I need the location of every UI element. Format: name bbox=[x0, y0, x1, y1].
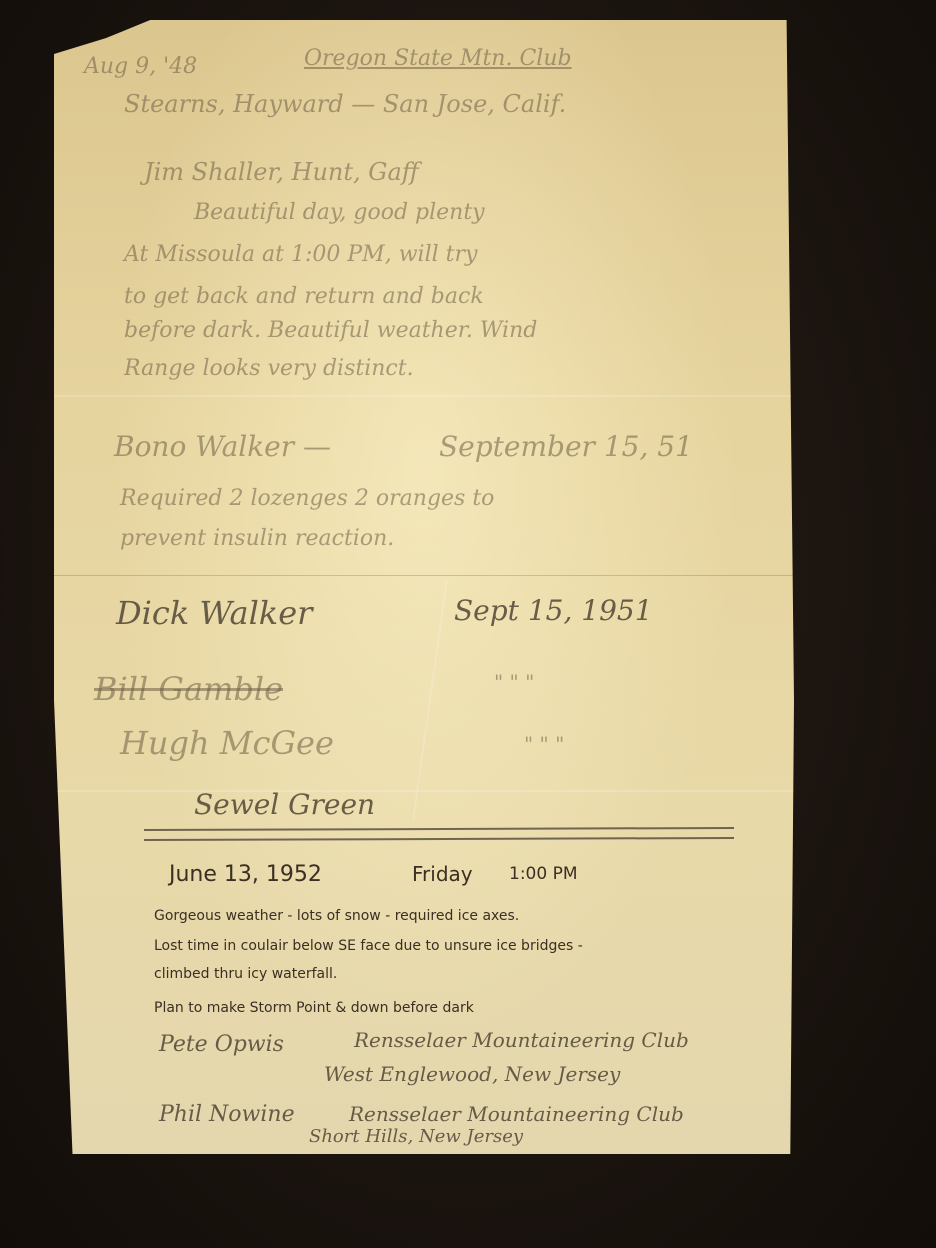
entry4-time: 1:00 PM bbox=[509, 864, 578, 884]
entry3-name: Sewel Green bbox=[194, 788, 375, 821]
entry4-line: Plan to make Storm Point & down before d… bbox=[154, 1000, 474, 1016]
entry2-date: September 15, 51 bbox=[439, 430, 693, 463]
signer-club: Rensselaer Mountaineering Club bbox=[349, 1102, 684, 1126]
entry3-date: Sept 15, 1951 bbox=[454, 594, 653, 627]
entry4-line: Lost time in coulair below SE face due t… bbox=[154, 938, 583, 954]
paper-crease bbox=[412, 581, 447, 819]
signer-town: Short Hills, New Jersey bbox=[309, 1126, 523, 1147]
entry4-day: Friday bbox=[412, 862, 473, 886]
register-paper: Aug 9, '48 Oregon State Mtn. Club Stearn… bbox=[54, 20, 794, 1154]
signer-town: West Englewood, New Jersey bbox=[324, 1062, 620, 1086]
entry3-ditto: " " " bbox=[494, 670, 534, 694]
entry1-line: At Missoula at 1:00 PM, will try bbox=[124, 242, 477, 267]
entry1-line: Jim Shaller, Hunt, Gaff bbox=[144, 158, 419, 186]
entry2-line: Required 2 lozenges 2 oranges to bbox=[120, 486, 494, 511]
signer-name: Pete Opwis bbox=[159, 1032, 284, 1057]
entry1-line: before dark. Beautiful weather. Wind bbox=[124, 318, 537, 343]
paper-fold bbox=[54, 790, 794, 792]
entry2-line: prevent insulin reaction. bbox=[120, 526, 394, 551]
entry1-line: Range looks very distinct. bbox=[124, 356, 414, 381]
entry4-line: Gorgeous weather - lots of snow - requir… bbox=[154, 908, 519, 924]
entry1-club: Oregon State Mtn. Club bbox=[304, 46, 572, 71]
entry3-name: Bill Gamble bbox=[94, 670, 283, 708]
entry3-name: Dick Walker bbox=[116, 594, 312, 632]
entry1-date: Aug 9, '48 bbox=[84, 54, 197, 79]
entry4-date: June 13, 1952 bbox=[169, 862, 322, 887]
entry2-name: Bono Walker — bbox=[114, 430, 331, 463]
double-rule bbox=[144, 827, 734, 831]
signer-club: Rensselaer Mountaineering Club bbox=[354, 1028, 689, 1052]
signer-name: Phil Nowine bbox=[159, 1102, 295, 1127]
separator-line bbox=[54, 575, 794, 576]
double-rule bbox=[144, 837, 734, 841]
entry4-line: climbed thru icy waterfall. bbox=[154, 966, 337, 982]
entry3-ditto: " " " bbox=[524, 732, 564, 756]
entry1-line: to get back and return and back bbox=[124, 284, 484, 309]
entry1-line: Stearns, Hayward — San Jose, Calif. bbox=[124, 90, 566, 118]
entry3-name: Hugh McGee bbox=[120, 724, 334, 762]
paper-fold bbox=[54, 395, 794, 397]
entry1-line: Beautiful day, good plenty bbox=[194, 200, 485, 225]
